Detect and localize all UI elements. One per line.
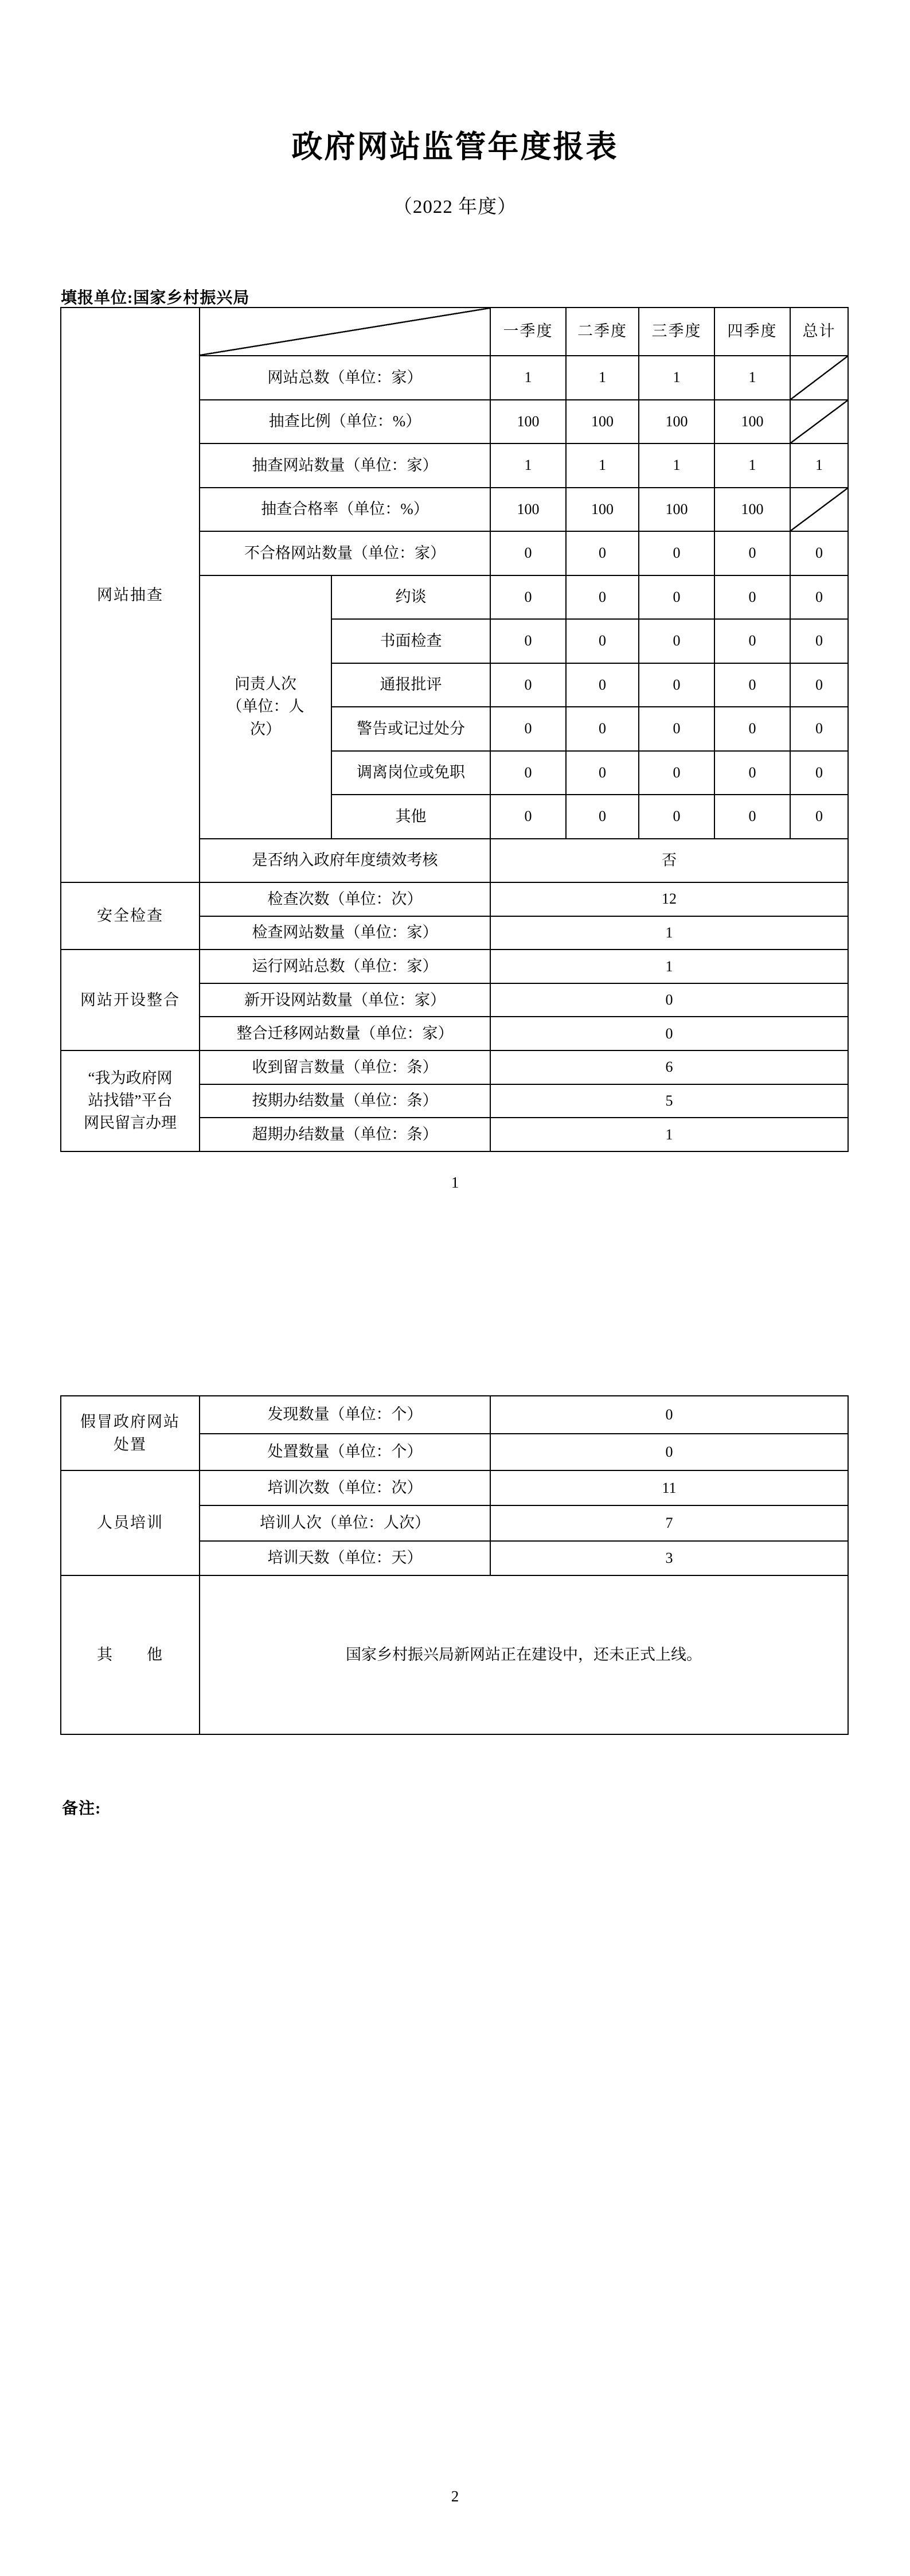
- quarter-header-q1: 一季度: [491, 308, 567, 356]
- row-label: 约谈: [332, 576, 491, 620]
- value-cell: 0: [567, 532, 639, 576]
- merged-value-cell: 7: [491, 1506, 849, 1542]
- value-cell: 0: [639, 752, 715, 796]
- total-cell: 0: [791, 752, 849, 796]
- value-cell: 0: [567, 664, 639, 708]
- value-cell: 0: [491, 707, 567, 752]
- value-cell: 0: [715, 532, 791, 576]
- diagonal-cell: [791, 356, 849, 400]
- group-label-personnel-training: 人员培训: [61, 1471, 200, 1576]
- page-number-1: 1: [0, 1174, 910, 1192]
- row-label: 抽查合格率（单位：%）: [200, 488, 491, 532]
- value-cell: 0: [639, 795, 715, 839]
- value-cell: 0: [639, 707, 715, 752]
- value-cell: 1: [715, 444, 791, 488]
- row-label: 通报批评: [332, 664, 491, 708]
- value-cell: 1: [491, 444, 567, 488]
- merged-value-cell: 6: [491, 1051, 849, 1085]
- row-label: 培训人次（单位：人次）: [200, 1506, 491, 1542]
- merged-value-cell: 5: [491, 1085, 849, 1119]
- group-label-fake-site-disposal: 假冒政府网站 处置: [61, 1396, 200, 1471]
- group-label-feedback-platform: “我为政府网 站找错”平台 网民留言办理: [61, 1051, 200, 1152]
- merged-value-cell: 否: [491, 839, 849, 884]
- value-cell: 1: [567, 444, 639, 488]
- diagonal-cell: [791, 488, 849, 532]
- value-cell: 0: [491, 576, 567, 620]
- total-cell: 0: [791, 532, 849, 576]
- group-label-site-spot-check: 网站抽查: [61, 308, 200, 883]
- merged-value-cell: 0: [491, 984, 849, 1018]
- value-cell: 1: [639, 444, 715, 488]
- row-label: 收到留言数量（单位：条）: [200, 1051, 491, 1085]
- merged-value-cell: 0: [491, 1396, 849, 1434]
- diagonal-header-cell: [200, 308, 491, 356]
- value-cell: 0: [567, 752, 639, 796]
- value-cell: 0: [639, 664, 715, 708]
- value-cell: 0: [639, 532, 715, 576]
- value-cell: 0: [715, 576, 791, 620]
- merged-value-cell: 0: [491, 1434, 849, 1471]
- merged-value-cell: 1: [491, 1118, 849, 1152]
- total-cell: 0: [791, 707, 849, 752]
- row-label: 检查次数（单位：次）: [200, 883, 491, 917]
- annual-report-table-page2: 假冒政府网站 处置 发现数量（单位：个） 0 处置数量（单位：个） 0 人员培训…: [60, 1395, 849, 1735]
- row-label: 书面检查: [332, 620, 491, 664]
- row-label: 抽查网站数量（单位：家）: [200, 444, 491, 488]
- row-label: 运行网站总数（单位：家）: [200, 950, 491, 984]
- row-label: 培训天数（单位：天）: [200, 1542, 491, 1576]
- merged-value-cell: 11: [491, 1471, 849, 1506]
- value-cell: 100: [567, 400, 639, 445]
- row-label: 不合格网站数量（单位：家）: [200, 532, 491, 576]
- row-label: 网站总数（单位：家）: [200, 356, 491, 400]
- value-cell: 100: [715, 488, 791, 532]
- diagonal-cell: [791, 400, 849, 445]
- total-cell: 0: [791, 795, 849, 839]
- total-cell: 0: [791, 576, 849, 620]
- value-cell: 1: [715, 356, 791, 400]
- merged-value-cell: 3: [491, 1542, 849, 1576]
- row-label: 抽查比例（单位：%）: [200, 400, 491, 445]
- row-label: 检查网站数量（单位：家）: [200, 917, 491, 951]
- value-cell: 0: [567, 576, 639, 620]
- value-cell: 0: [491, 620, 567, 664]
- row-label: 是否纳入政府年度绩效考核: [200, 839, 491, 884]
- row-label: 整合迁移网站数量（单位：家）: [200, 1017, 491, 1051]
- merged-value-cell: 1: [491, 917, 849, 951]
- group-label-other: 其 他: [61, 1576, 200, 1735]
- value-cell: 0: [715, 795, 791, 839]
- merged-value-cell: 0: [491, 1017, 849, 1051]
- row-label: 发现数量（单位：个）: [200, 1396, 491, 1434]
- value-cell: 100: [491, 400, 567, 445]
- row-label: 警告或记过处分: [332, 707, 491, 752]
- value-cell: 100: [715, 400, 791, 445]
- value-cell: 0: [639, 576, 715, 620]
- value-cell: 0: [491, 752, 567, 796]
- value-cell: 100: [639, 400, 715, 445]
- other-note-text: 国家乡村振兴局新网站正在建设中，还未正式上线。: [200, 1576, 849, 1735]
- quarter-header-q3: 三季度: [639, 308, 715, 356]
- row-label: 按期办结数量（单位：条）: [200, 1085, 491, 1119]
- group-label-site-setup-integration: 网站开设整合: [61, 950, 200, 1051]
- value-cell: 0: [491, 795, 567, 839]
- value-cell: 0: [567, 707, 639, 752]
- total-cell: 0: [791, 620, 849, 664]
- value-cell: 1: [639, 356, 715, 400]
- value-cell: 100: [491, 488, 567, 532]
- value-cell: 0: [639, 620, 715, 664]
- value-cell: 0: [567, 620, 639, 664]
- value-cell: 100: [639, 488, 715, 532]
- row-label: 处置数量（单位：个）: [200, 1434, 491, 1471]
- value-cell: 0: [715, 752, 791, 796]
- merged-value-cell: 12: [491, 883, 849, 917]
- value-cell: 0: [491, 532, 567, 576]
- value-cell: 1: [567, 356, 639, 400]
- value-cell: 1: [491, 356, 567, 400]
- row-label: 新开设网站数量（单位：家）: [200, 984, 491, 1018]
- annual-report-table-page1: 网站抽查 一季度 二季度 三季度 四季度 总计 网站总数（单位：家） 1 1 1…: [60, 307, 849, 1152]
- value-cell: 0: [715, 707, 791, 752]
- quarter-header-q2: 二季度: [567, 308, 639, 356]
- group-label-security-check: 安全检查: [61, 883, 200, 950]
- value-cell: 0: [491, 664, 567, 708]
- row-label: 调离岗位或免职: [332, 752, 491, 796]
- row-label: 其他: [332, 795, 491, 839]
- accountability-label: 问责人次 （单位：人 次）: [200, 576, 332, 839]
- report-subtitle: （2022 年度）: [0, 192, 910, 219]
- total-cell: 0: [791, 664, 849, 708]
- quarter-header-q4: 四季度: [715, 308, 791, 356]
- page-number-2: 2: [0, 2488, 910, 2505]
- quarter-header-total: 总计: [791, 308, 849, 356]
- remarks-label: 备注:: [62, 1796, 101, 1819]
- value-cell: 0: [715, 620, 791, 664]
- total-cell: 1: [791, 444, 849, 488]
- row-label: 超期办结数量（单位：条）: [200, 1118, 491, 1152]
- report-document: 政府网站监管年度报表 （2022 年度） 填报单位:国家乡村振兴局 网站抽查 一…: [0, 0, 910, 2576]
- merged-value-cell: 1: [491, 950, 849, 984]
- value-cell: 0: [715, 664, 791, 708]
- row-label: 培训次数（单位：次）: [200, 1471, 491, 1506]
- report-title: 政府网站监管年度报表: [0, 122, 910, 166]
- value-cell: 100: [567, 488, 639, 532]
- reporting-unit: 填报单位:国家乡村振兴局: [61, 285, 249, 308]
- value-cell: 0: [567, 795, 639, 839]
